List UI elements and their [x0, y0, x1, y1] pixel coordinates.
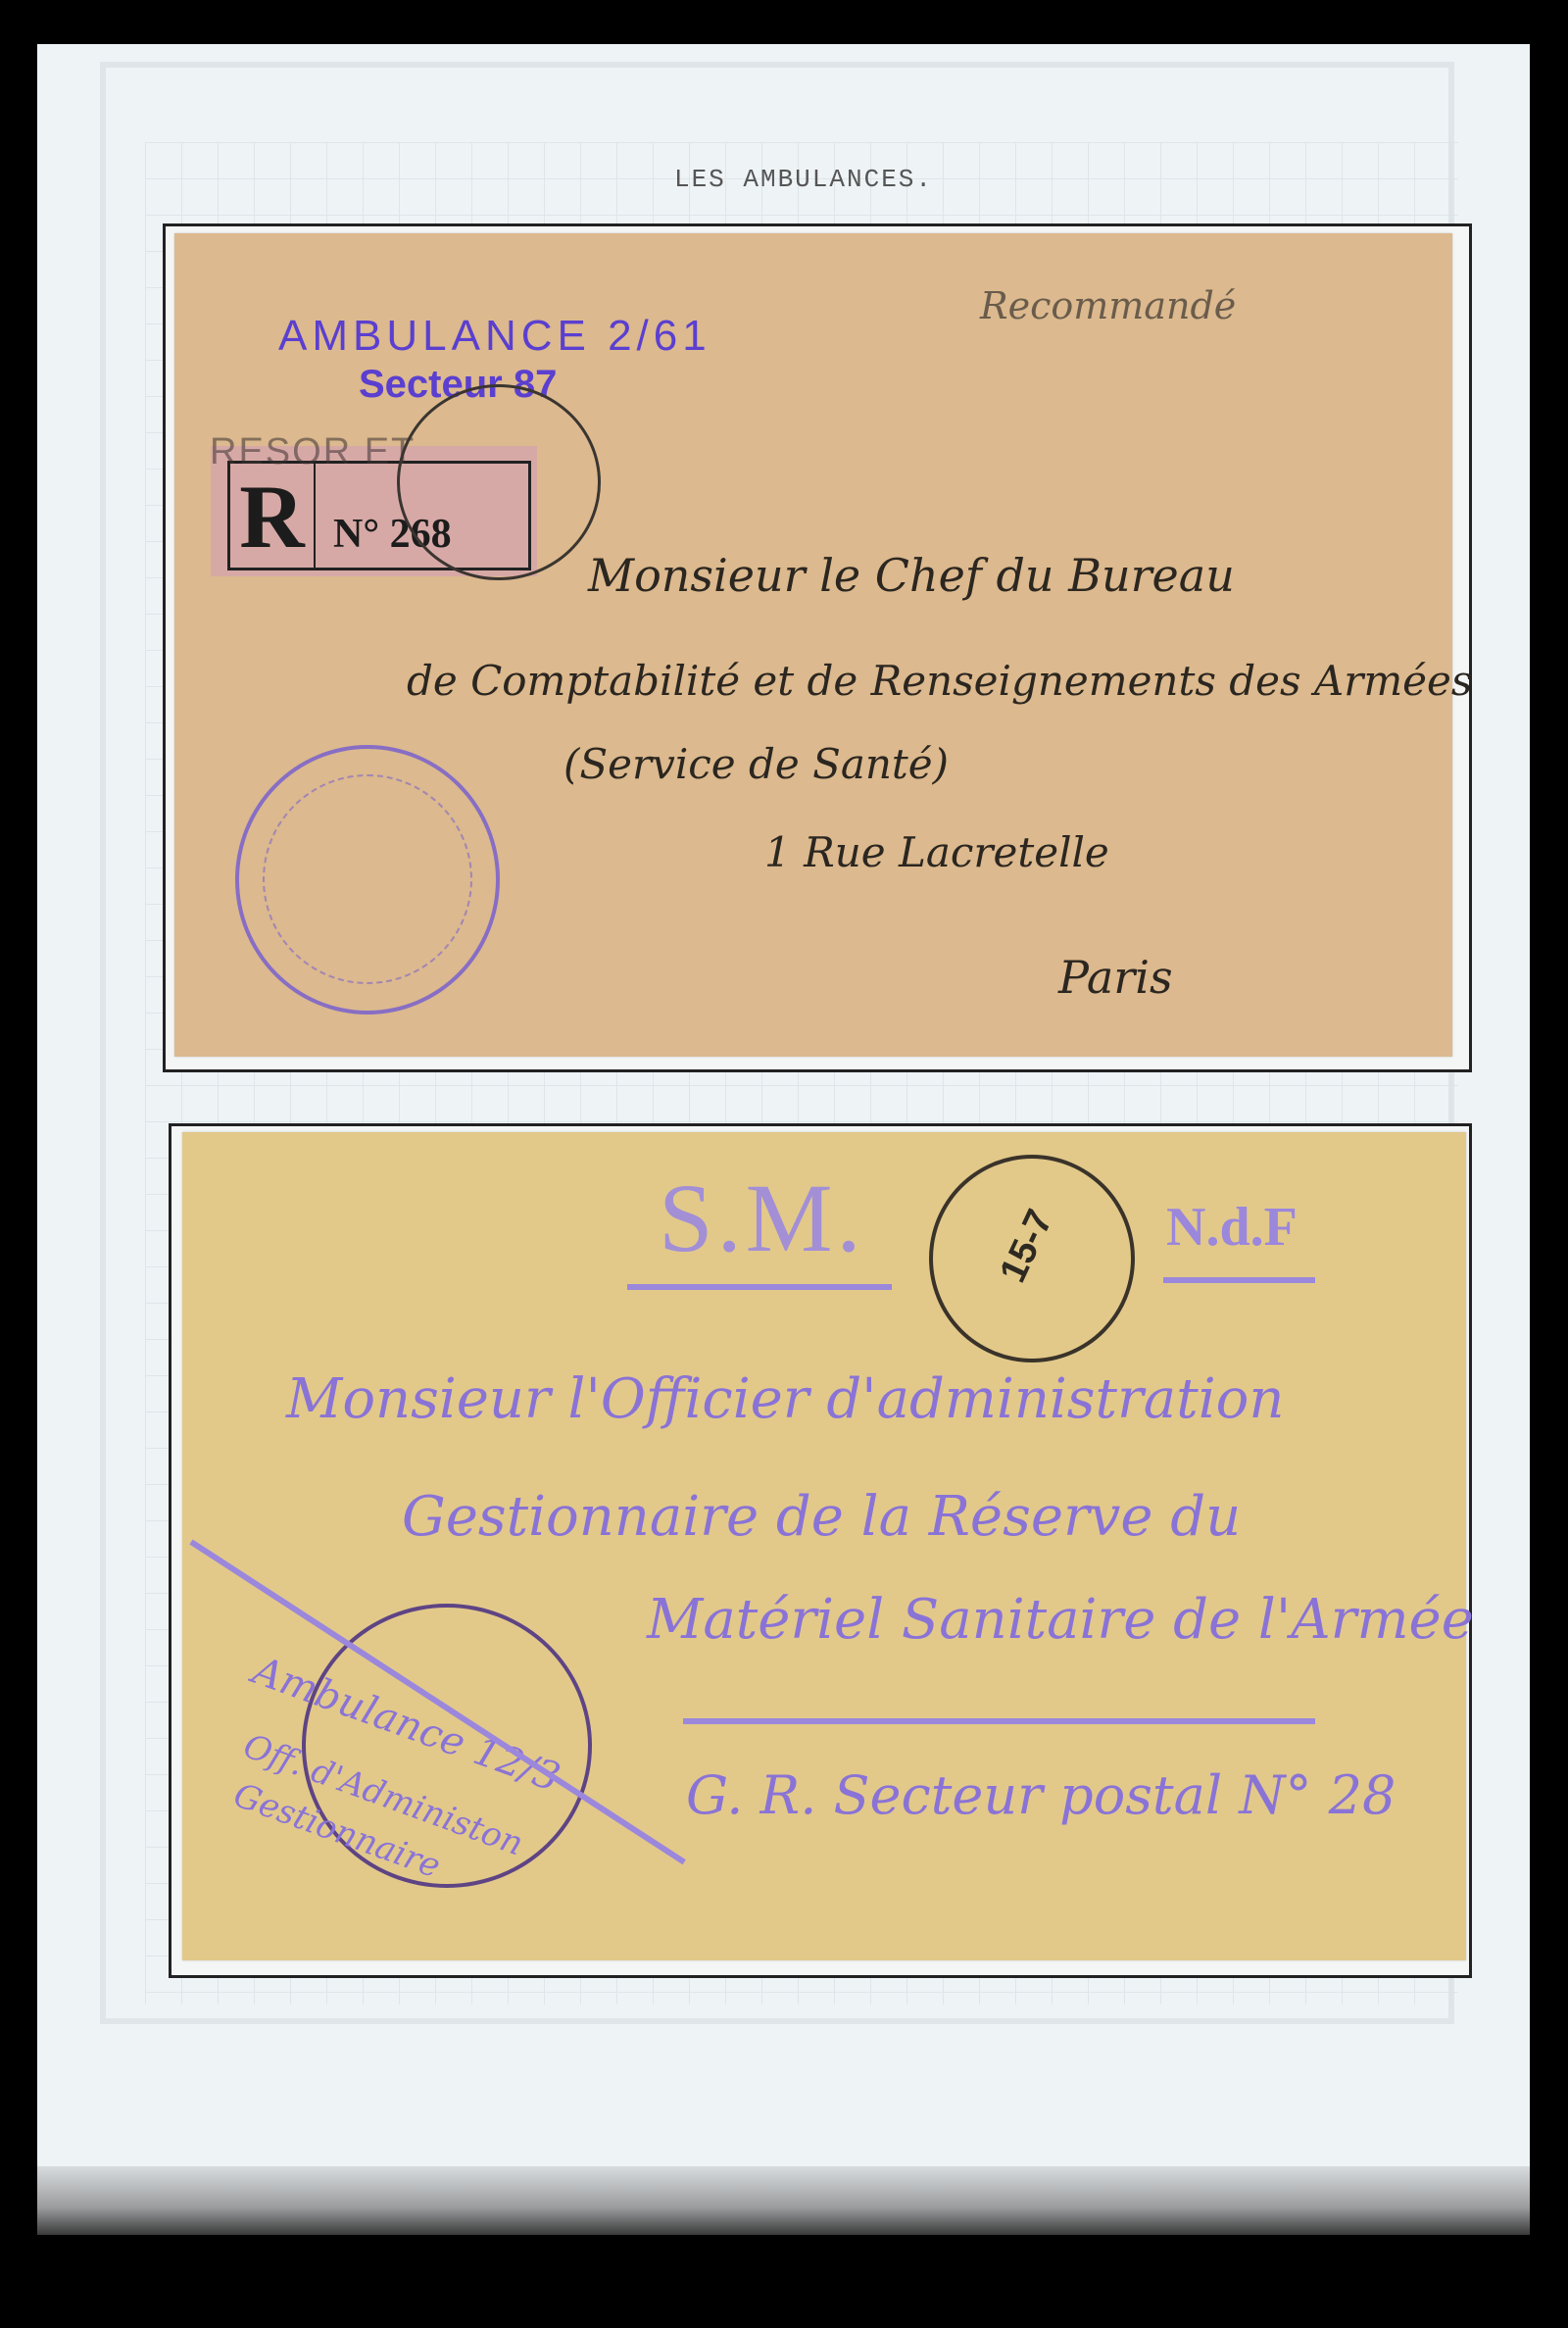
address-line-4: 1 Rue Lacretelle: [764, 828, 1109, 876]
address-line-1: Monsieur le Chef du Bureau: [588, 549, 1235, 602]
ambulance-cachet-line1: AMBULANCE 2/61: [278, 312, 711, 361]
header-sm-underline: [627, 1284, 892, 1290]
postmark-tresor-1: [397, 384, 601, 580]
page-shadow: [37, 2166, 1530, 2235]
page-title: LES AMBULANCES.: [0, 165, 1568, 194]
address-line-4: G. R. Secteur postal N° 28: [686, 1764, 1396, 1826]
registration-letter: R: [230, 464, 316, 568]
registration-overprint: RESOR ET: [210, 431, 416, 473]
address-line-1: Monsieur l'Officier d'administration: [286, 1367, 1284, 1431]
header-ndf: N.d.F: [1166, 1196, 1298, 1259]
registered-annotation: Recommandé: [980, 284, 1236, 327]
address-line-3: (Service de Santé): [563, 740, 949, 788]
header-ndf-underline: [1163, 1277, 1315, 1283]
address-separator: [683, 1718, 1315, 1724]
medical-seal-1-inner: [263, 774, 472, 984]
address-line-2: de Comptabilité et de Renseignements des…: [407, 657, 1472, 705]
address-line-5: Paris: [1058, 951, 1173, 1004]
address-line-3: Matériel Sanitaire de l'Armée: [647, 1588, 1474, 1652]
header-sm: S.M.: [659, 1162, 865, 1274]
address-line-2: Gestionnaire de la Réserve du: [402, 1485, 1241, 1549]
